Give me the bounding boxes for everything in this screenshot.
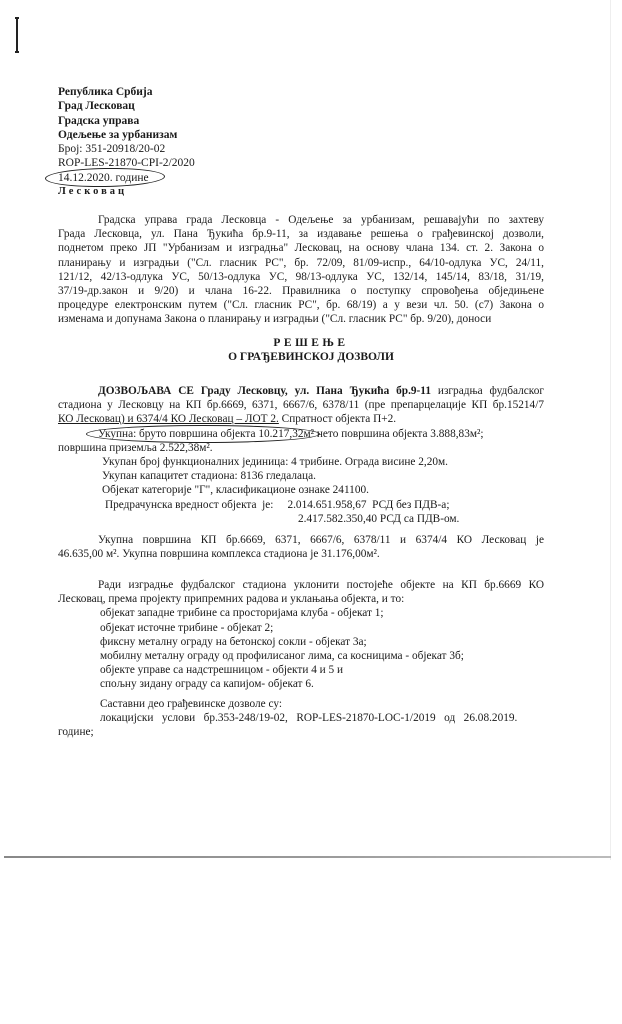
text-line: Градска управа града Лесковца - Одељење … — [58, 213, 544, 227]
text-line: Лесковац, према пројекту припремних радо… — [58, 592, 544, 606]
components-section: Саставни део грађевинске дозволе су: лок… — [58, 697, 544, 740]
handwritten-circle — [86, 425, 320, 443]
text-line: Предрачунска вредност објекта је:2.014.6… — [58, 498, 544, 512]
text-line: изменама и допунама Закона о планирању и… — [58, 312, 544, 326]
text-line: године; — [58, 725, 544, 739]
text-line: Града Лесковца, ул. Пана Ђукића бр.9-11,… — [58, 227, 544, 241]
text-line: Саставни део грађевинске дозволе су: — [58, 697, 544, 711]
estimate-gross: 2.417.582.350,40 РСД са ПДВ-ом. — [58, 512, 544, 526]
text-line: КО Лесковац) и 6374/4 КО Лесковац – ЛОТ … — [58, 412, 544, 426]
header-line: Градска управа — [58, 114, 195, 128]
text-line: поднетом преко ЈП "Урбанизам и изградња"… — [58, 241, 544, 255]
list-item: фиксну металну ограду на бетонској сокли… — [58, 635, 544, 649]
decision-subtitle: О ГРАЂЕВИНСКОЈ ДОЗВОЛИ — [0, 350, 622, 364]
text-line: 46.635,00 м². Укупна површина комплекса … — [58, 547, 544, 561]
estimate-label: Предрачунска вредност објекта је: — [105, 499, 273, 511]
intro-paragraph: Градска управа града Лесковца - Одељење … — [58, 213, 544, 327]
handwritten-circle — [45, 167, 165, 188]
text-line: стадиона у Лесковцу на КП бр.6669, 6371,… — [58, 398, 544, 412]
page-edge — [610, 0, 611, 860]
text-line: 121/12, 42/13-одлука УС, 50/13-одлука УС… — [58, 270, 544, 284]
text-span: изградња фудбалског — [431, 385, 544, 397]
text-span: КО Лесковац) — [58, 413, 125, 425]
area-section: Укупна површина КП бр.6669, 6371, 6667/6… — [58, 533, 544, 561]
text-line: Ради изградње фудбалског стадиона уклони… — [58, 578, 544, 592]
scan-margin-mark — [16, 17, 18, 53]
text-line: ДОЗВОЉАВА СЕ Граду Лесковцу, ул. Пана Ђу… — [58, 384, 544, 398]
page-bottom-rule — [4, 856, 611, 858]
header-line: Одељење за урбанизам — [58, 128, 195, 142]
ground-floor-area: површина приземља 2.522,38м². — [58, 441, 544, 455]
net-area: нето површина објекта 3.888,83м²; — [314, 428, 483, 440]
text-line: 37/19-др.закон и 9/20) и члана 16-22. Пр… — [58, 284, 544, 298]
text-line: Укупна површина КП бр.6669, 6371, 6667/6… — [58, 533, 544, 547]
text-line: процедуре електронским путем ("Сл. гласн… — [58, 298, 544, 312]
functional-units: Укупан број функционалних јединица: 4 тр… — [58, 455, 544, 469]
header-line: Град Лесковац — [58, 99, 195, 113]
location-conditions: локацијски услови бр.353-248/19-02, ROP-… — [58, 711, 544, 725]
reference-number: Број: 351-20918/20-02 — [58, 142, 195, 156]
permit-lead: ДОЗВОЉАВА СЕ Граду Лесковцу, ул. Пана Ђу… — [98, 385, 431, 397]
list-item: мобилну металну ограду од профилисаног л… — [58, 649, 544, 663]
list-item: објекат западне трибине са просторијама … — [58, 606, 544, 620]
list-item: објекат источне трибине - објекат 2; — [58, 621, 544, 635]
text-line: Укупна: бруто површина објекта 10.217,32… — [58, 427, 544, 441]
document-city: Лесковац — [58, 185, 195, 199]
estimate-net: 2.014.651.958,67 РСД без ПДВ-а; — [287, 499, 449, 511]
decision-title: РЕШЕЊЕ — [0, 336, 622, 350]
text-span: Спратност објекта П+2. — [279, 413, 396, 425]
permit-section: ДОЗВОЉАВА СЕ Граду Лесковцу, ул. Пана Ђу… — [58, 384, 544, 526]
text-line: планирању и изградњи ("Сл. гласник РС", … — [58, 256, 544, 270]
demolition-section: Ради изградње фудбалског стадиона уклони… — [58, 578, 544, 692]
lot-label: и 6374/4 КО Лесковац – ЛОТ 2. — [125, 413, 279, 425]
list-item: објекте управе са надстрешницом - објект… — [58, 663, 544, 677]
document-header: Република Србија Град Лесковац Градска у… — [58, 85, 195, 199]
object-category: Објекат категорије "Г", класификационе о… — [58, 483, 544, 497]
list-item: спољну зидану ограду са капијом- објекат… — [58, 677, 544, 691]
header-line: Република Србија — [58, 85, 195, 99]
stadium-capacity: Укупан капацитет стадиона: 8136 гледалац… — [58, 469, 544, 483]
